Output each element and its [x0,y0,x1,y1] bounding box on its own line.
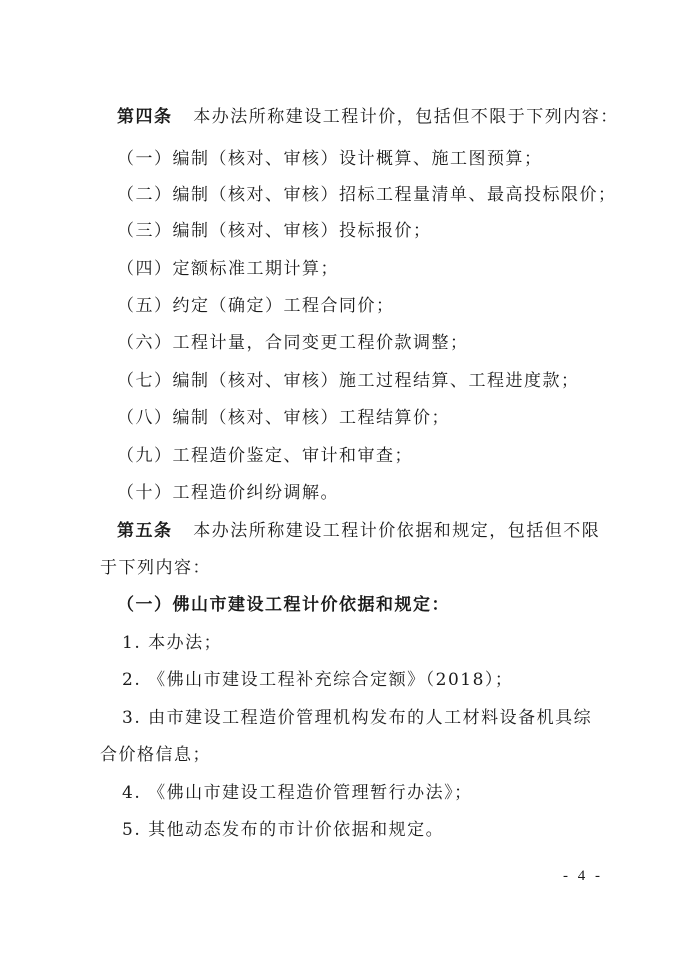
article-4-heading: 第四条 本办法所称建设工程计价，包括但不限于下列内容： [117,106,619,128]
article-4-item: （七）编制（核对、审核）施工过程结算、工程进度款； [117,370,580,392]
article-4-item: （三）编制（核对、审核）投标报价； [117,220,432,242]
article-4-item: （二）编制（核对、审核）招标工程量清单、最高投标限价； [117,184,617,206]
article-5-subsection: （一）佛山市建设工程计价依据和规定： [117,594,450,616]
article-5-item: 3. 由市建设工程造价管理机构发布的人工材料设备机具综 [122,707,592,729]
article-5-intro: 本办法所称建设工程计价依据和规定，包括但不限 [193,521,600,541]
article-4-title: 第四条 [117,107,173,127]
article-5-item: 5. 其他动态发布的市计价依据和规定。 [122,819,444,841]
article-4-item: （十）工程造价纠纷调解。 [117,482,339,504]
article-4-item: （八）编制（核对、审核）工程结算价； [117,407,450,429]
article-4-item: （一）编制（核对、审核）设计概算、施工图预算； [117,148,543,170]
article-5-item: 4. 《佛山市建设工程造价管理暂行办法》； [122,782,473,804]
article-5-item: 2. 《佛山市建设工程补充综合定额》（2018）； [122,669,513,691]
article-4-item: （五）约定（确定）工程合同价； [117,295,395,317]
article-4-item: （九）工程造价鉴定、审计和审查； [117,445,413,467]
page-number: - 4 - [563,868,603,885]
article-5-title: 第五条 [117,521,173,541]
article-4-item: （六）工程计量，合同变更工程价款调整； [117,332,469,354]
article-5-item-cont: 合价格信息； [100,744,211,766]
article-5-intro-cont: 于下列内容： [100,557,211,579]
article-4-intro: 本办法所称建设工程计价，包括但不限于下列内容： [193,107,619,127]
article-5-heading: 第五条 本办法所称建设工程计价依据和规定，包括但不限 [117,520,600,542]
article-4-item: （四）定额标准工期计算； [117,258,339,280]
article-5-item: 1. 本办法； [122,632,222,654]
